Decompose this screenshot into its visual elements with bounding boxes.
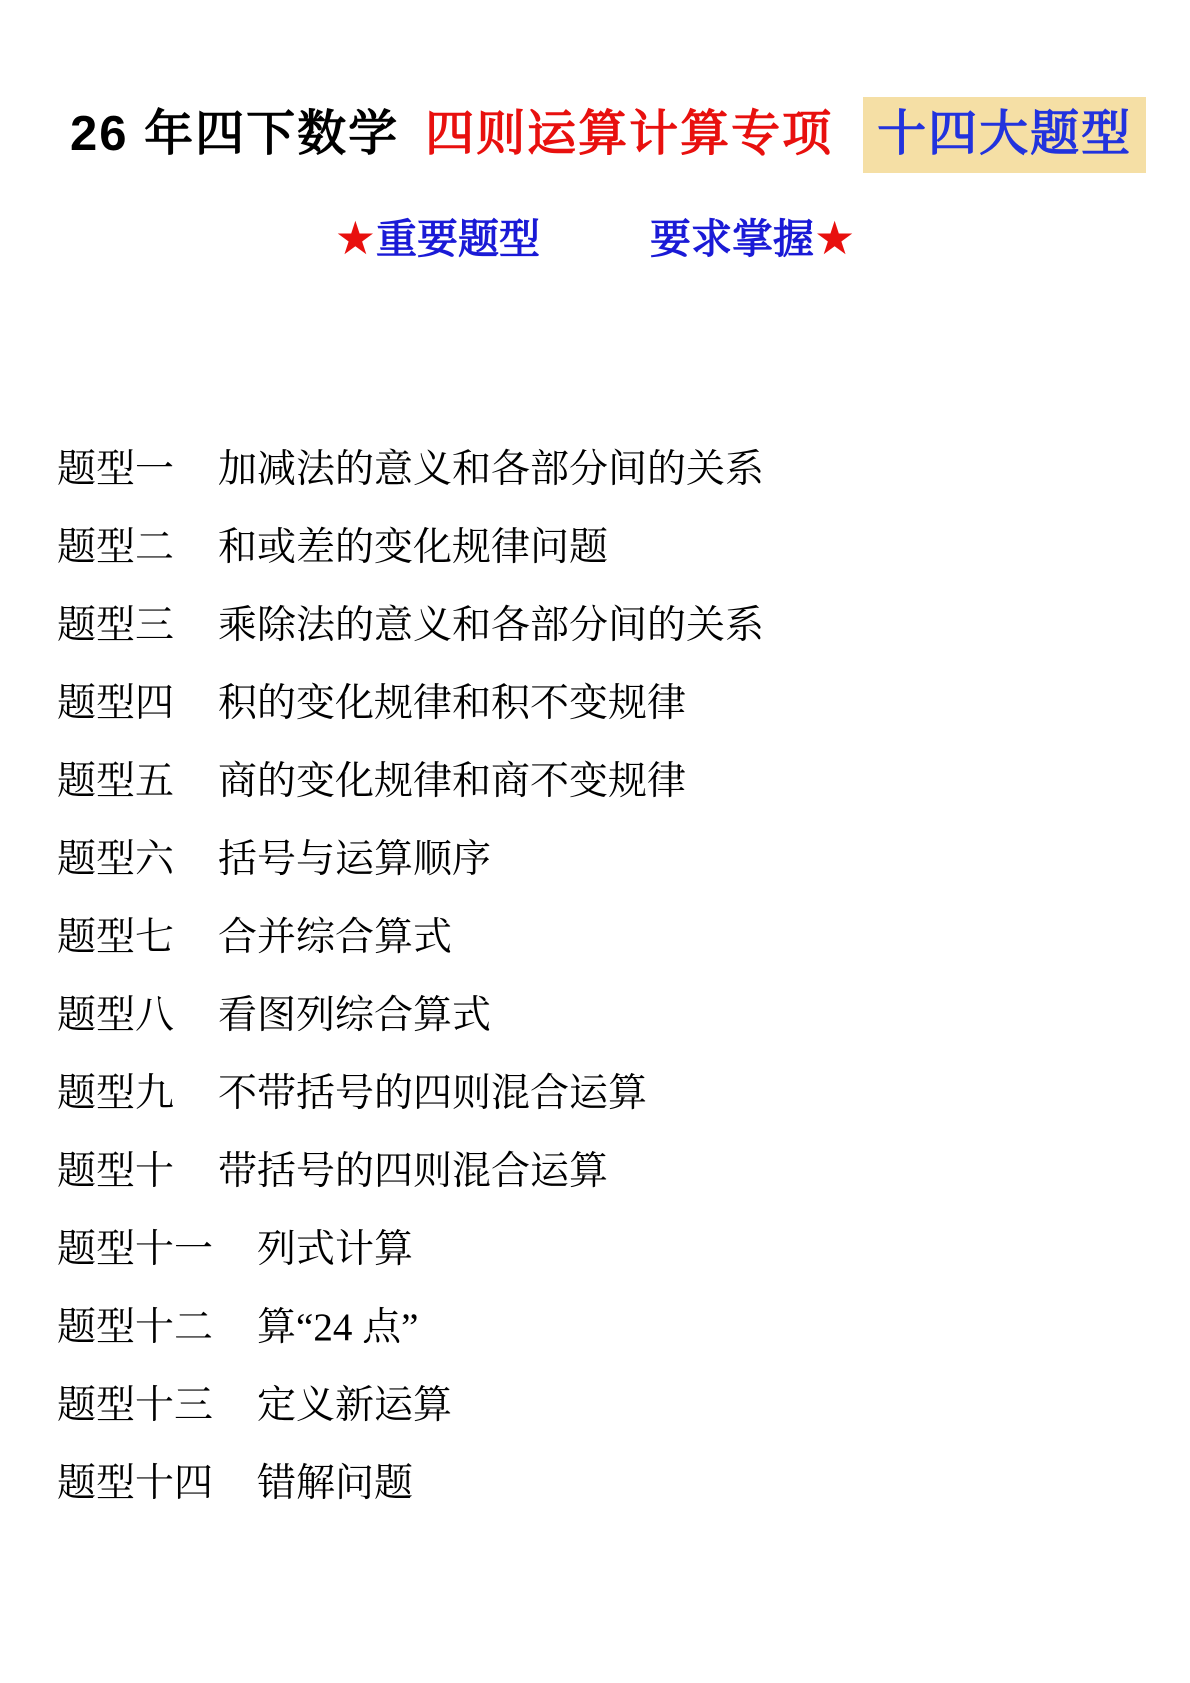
- list-item: 题型十一 列式计算: [57, 1230, 764, 1269]
- item-label: 题型八: [57, 996, 174, 1035]
- item-text: 带括号的四则混合运算: [218, 1152, 608, 1191]
- item-text: 错解问题: [257, 1464, 413, 1503]
- star-icon: ★: [814, 216, 855, 262]
- item-label: 题型十: [57, 1152, 174, 1191]
- list-item: 题型二 和或差的变化规律问题: [57, 528, 764, 567]
- list-item: 题型十 带括号的四则混合运算: [57, 1152, 764, 1191]
- title-highlight-box: 十四大题型: [863, 97, 1146, 173]
- item-text: 列式计算: [257, 1230, 413, 1269]
- list-item: 题型四 积的变化规律和积不变规律: [57, 684, 764, 723]
- item-label: 题型一: [57, 450, 174, 489]
- subtitle-left-text: 重要题型: [376, 219, 540, 260]
- item-label: 题型十一: [57, 1230, 213, 1269]
- list-item: 题型六 括号与运算顺序: [57, 840, 764, 879]
- page-title: 26 年四下数学 四则运算计算专项 十四大题型: [70, 97, 1146, 173]
- item-text: 乘除法的意义和各部分间的关系: [218, 606, 764, 645]
- list-item: 题型八 看图列综合算式: [57, 996, 764, 1035]
- title-count: 十四大题型: [877, 110, 1132, 159]
- item-text: 积的变化规律和积不变规律: [218, 684, 686, 723]
- item-text: 合并综合算式: [218, 918, 452, 957]
- item-label: 题型六: [57, 840, 174, 879]
- item-text: 不带括号的四则混合运算: [218, 1074, 647, 1113]
- topic-list: 题型一 加减法的意义和各部分间的关系 题型二 和或差的变化规律问题 题型三 乘除…: [57, 450, 764, 1503]
- subtitle: ★ 重要题型 要求掌握 ★: [0, 216, 1190, 262]
- item-label: 题型十四: [57, 1464, 213, 1503]
- item-text: 看图列综合算式: [218, 996, 491, 1035]
- list-item: 题型一 加减法的意义和各部分间的关系: [57, 450, 764, 489]
- item-text: 定义新运算: [257, 1386, 452, 1425]
- subtitle-right-text: 要求掌握: [650, 219, 814, 260]
- list-item: 题型九 不带括号的四则混合运算: [57, 1074, 764, 1113]
- list-item: 题型三 乘除法的意义和各部分间的关系: [57, 606, 764, 645]
- item-label: 题型五: [57, 762, 174, 801]
- item-label: 题型十二: [57, 1308, 213, 1347]
- list-item: 题型五 商的变化规律和商不变规律: [57, 762, 764, 801]
- star-icon: ★: [335, 216, 376, 262]
- item-label: 题型四: [57, 684, 174, 723]
- list-item: 题型十二 算“24 点”: [57, 1308, 764, 1347]
- item-label: 题型十三: [57, 1386, 213, 1425]
- title-course: 26 年四下数学: [70, 110, 399, 159]
- item-text: 算“24 点”: [257, 1308, 418, 1347]
- item-label: 题型二: [57, 528, 174, 567]
- list-item: 题型十三 定义新运算: [57, 1386, 764, 1425]
- list-item: 题型七 合并综合算式: [57, 918, 764, 957]
- item-text: 括号与运算顺序: [218, 840, 491, 879]
- item-label: 题型九: [57, 1074, 174, 1113]
- worksheet-page: 26 年四下数学 四则运算计算专项 十四大题型 ★ 重要题型 要求掌握 ★ 题型…: [0, 0, 1190, 1683]
- item-text: 加减法的意义和各部分间的关系: [218, 450, 764, 489]
- title-topic: 四则运算计算专项: [425, 110, 833, 159]
- item-label: 题型三: [57, 606, 174, 645]
- list-item: 题型十四 错解问题: [57, 1464, 764, 1503]
- item-text: 商的变化规律和商不变规律: [218, 762, 686, 801]
- item-text: 和或差的变化规律问题: [218, 528, 608, 567]
- item-label: 题型七: [57, 918, 174, 957]
